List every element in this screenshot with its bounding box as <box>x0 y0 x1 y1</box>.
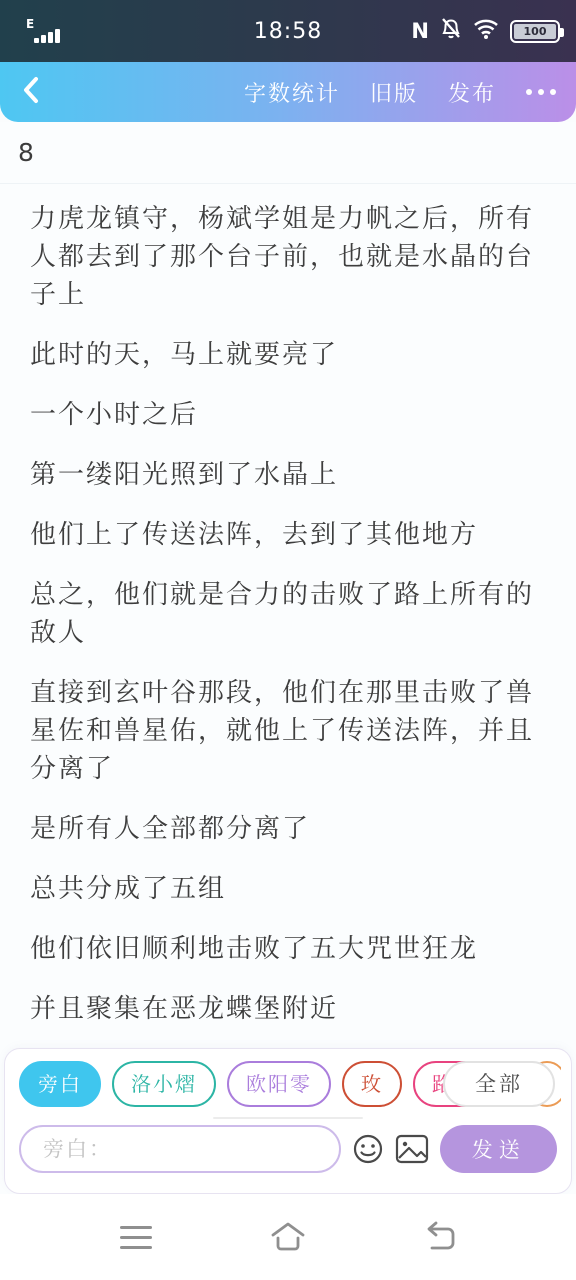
character-tag-row[interactable]: 旁白洛小熠欧阳零玫路之涛 全部 <box>19 1061 561 1109</box>
story-paragraph: 总共分成了五组 <box>30 870 550 908</box>
cell-signal-icon: E <box>26 16 66 46</box>
character-tag[interactable]: 欧阳零 <box>227 1061 331 1107</box>
story-paragraph: 并且聚集在恶龙蝶堡附近 <box>30 990 550 1028</box>
story-paragraph: 直接到玄叶谷那段，他们在那里击败了兽星佐和兽星佑，就他上了传送法阵，并且分离了 <box>30 674 550 788</box>
story-paragraph: 他们依旧顺利地击败了五大咒世狂龙 <box>30 930 550 968</box>
system-navigation-bar <box>0 1194 576 1280</box>
app-header: 字数统计旧版发布 <box>0 62 576 122</box>
story-paragraph: 第一缕阳光照到了水晶上 <box>30 456 550 494</box>
menu-hamburger-icon[interactable] <box>106 1226 166 1249</box>
story-paragraph: 他们上了传送法阵，去到了其他地方 <box>30 516 550 554</box>
more-menu-icon[interactable] <box>526 89 556 95</box>
clock-time: 18:58 <box>254 19 322 44</box>
story-paragraph: 力虎龙镇守，杨斌学姐是力帆之后，所有人都去到了那个台子前，也就是水晶的台子上 <box>30 200 550 314</box>
character-tag[interactable]: 洛小熠 <box>112 1061 216 1107</box>
nfc-icon: N <box>411 21 429 42</box>
network-type-label: E <box>26 17 34 31</box>
back-icon[interactable] <box>20 75 42 109</box>
battery-icon: 100 <box>510 20 560 43</box>
character-tag[interactable]: 旁白 <box>19 1061 101 1107</box>
wifi-icon <box>473 18 499 44</box>
status-bar: E 18:58 N 100 <box>0 0 576 62</box>
story-paragraph: 一个小时之后 <box>30 396 550 434</box>
mute-icon <box>440 17 462 45</box>
story-paragraph: 此时的天，马上就要亮了 <box>30 336 550 374</box>
header-action-button[interactable]: 发布 <box>448 77 496 108</box>
header-action-button[interactable]: 字数统计 <box>244 77 340 108</box>
dialogue-input[interactable] <box>19 1125 341 1173</box>
image-upload-icon[interactable] <box>395 1133 429 1165</box>
chapter-number: 8 <box>18 138 576 167</box>
emoji-icon[interactable] <box>352 1133 384 1165</box>
battery-level: 100 <box>514 24 556 39</box>
composer-panel: 旁白洛小熠欧阳零玫路之涛 全部 发送 <box>4 1048 572 1194</box>
character-tag[interactable]: 玫 <box>342 1061 402 1107</box>
home-icon[interactable] <box>258 1220 318 1254</box>
back-nav-icon[interactable] <box>410 1221 470 1253</box>
divider-handle <box>213 1117 363 1119</box>
all-characters-tag[interactable]: 全部 <box>443 1061 555 1107</box>
story-paragraph: 是所有人全部都分离了 <box>30 810 550 848</box>
send-button[interactable]: 发送 <box>440 1125 557 1173</box>
story-paragraph: 总之，他们就是合力的击败了路上所有的敌人 <box>30 576 550 652</box>
header-action-button[interactable]: 旧版 <box>370 77 418 108</box>
